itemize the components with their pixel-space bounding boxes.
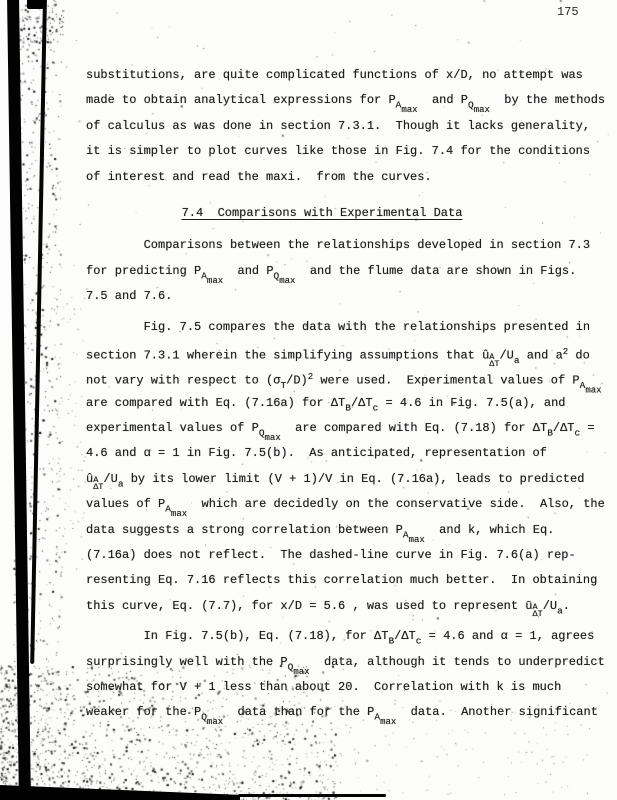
text-run: this curve, Eq. (7.7), for x/D = 5.6 , w… <box>86 599 532 613</box>
math-stacked-script: AΔT <box>93 477 103 491</box>
text-run: /ΔT <box>394 629 416 643</box>
text-run: and the flume data are shown in Figs. <box>295 264 576 278</box>
text-run: and k, which Eq. <box>425 523 555 537</box>
text-line: Comparisons between the relationships de… <box>86 233 610 258</box>
math-subscript: max <box>207 717 223 727</box>
math-stacked-script: AΔT <box>532 604 542 618</box>
text-run: /U <box>499 348 513 362</box>
text-line: for predicting PAmax and PQmax and the f… <box>86 259 610 284</box>
text-line: 7.4 Comparisons with Experimental Data <box>86 201 558 226</box>
page-number: 175 <box>557 5 579 19</box>
text-run: which are decidedly on the conservative … <box>187 497 605 511</box>
text-run: . <box>563 599 570 613</box>
text-run: somewhat for V + 1 less than about 20. C… <box>86 680 561 694</box>
text-line: In Fig. 7.5(b), Eq. (7.18), for ΔTB/ΔTc … <box>86 624 610 649</box>
text-line: ûAΔT/Ua by its lower limit (V + 1)/V in … <box>86 467 610 492</box>
text-line: (7.16a) does not reflect. The dashed-lin… <box>86 543 610 568</box>
text-line: 4.6 and α = 1 in Fig. 7.5(b). As anticip… <box>86 441 610 466</box>
text-run: experimental values of P <box>86 421 259 435</box>
text-line: weaker for the PQmax data than for the P… <box>86 700 610 725</box>
text-line: made to obtain analytical expressions fo… <box>86 88 610 113</box>
text-run: substitutions, are quite complicated fun… <box>86 68 583 82</box>
math-subscript: max <box>380 717 396 727</box>
paragraph: In Fig. 7.5(b), Eq. (7.18), for ΔTB/ΔTc … <box>86 624 610 731</box>
math-subscript: max <box>279 276 295 286</box>
text-run: data, although it tends to underpredict <box>310 655 605 669</box>
section-heading: 7.4 Comparisons with Experimental Data <box>86 195 610 233</box>
text-run: surprisingly well with the P <box>86 655 288 669</box>
text-line: experimental values of PQmax are compare… <box>86 416 610 441</box>
paragraph: Fig. 7.5 compares the data with the rela… <box>86 315 610 625</box>
text-run: by its lower limit (V + 1)/V in Eq. (7.1… <box>124 472 585 486</box>
text-run: do <box>568 348 590 362</box>
text-run: section 7.3.1 wherein the simplifying as… <box>86 348 489 362</box>
paragraph: Comparisons between the relationships de… <box>86 233 610 314</box>
text-run: /D) <box>286 374 308 388</box>
text-run: (7.16a) does not reflect. The dashed-lin… <box>86 548 576 562</box>
text-run: 4.6 and α = 1 in Fig. 7.5(b). As anticip… <box>86 446 547 460</box>
text-run: data suggests a strong correlation betwe… <box>86 523 403 537</box>
paragraph: substitutions, are quite complicated fun… <box>86 63 610 195</box>
text-run: data than for the P <box>223 705 374 719</box>
text-run: = 4.6 in Fig. 7.5(a), and <box>378 396 565 410</box>
text-run: = 4.6 and α = 1, agrees <box>421 629 594 643</box>
text-line: 7.5 and 7.6. <box>86 284 610 309</box>
text-line: data suggests a strong correlation betwe… <box>86 518 610 543</box>
text-run: and P <box>418 93 468 107</box>
text-line: somewhat for V + 1 less than about 20. C… <box>86 675 610 700</box>
text-run: are compared with Eq. (7.18) for ΔT <box>281 421 547 435</box>
math-subscript: ΔT <box>93 484 103 491</box>
text-run: not vary with respect to (σ <box>86 374 280 388</box>
text-line: resenting Eq. 7.16 reflects this correla… <box>86 568 610 593</box>
text-line: section 7.3.1 wherein the simplifying as… <box>86 340 610 365</box>
text-run: /ΔT <box>351 396 373 410</box>
text-run: 7.5 and 7.6. <box>86 289 172 303</box>
text-run: In Fig. 7.5(b), Eq. (7.18), for ΔT <box>86 629 388 643</box>
text-line: substitutions, are quite complicated fun… <box>86 63 610 88</box>
math-subscript: ΔT <box>532 611 542 618</box>
text-line: of calculus as was done in section 7.3.1… <box>86 114 610 139</box>
text-run: for predicting P <box>86 264 201 278</box>
text-run: /U <box>103 472 117 486</box>
text-run: and a <box>520 348 563 362</box>
text-line: this curve, Eq. (7.7), for x/D = 5.6 , w… <box>86 594 610 619</box>
text-run: /ΔT <box>553 421 575 435</box>
text-run: were used. Experimental values of P <box>313 374 579 388</box>
text-run: made to obtain analytical expressions fo… <box>86 93 396 107</box>
text-run: Fig. 7.5 compares the data with the rela… <box>86 320 590 334</box>
text-run: /U <box>543 599 557 613</box>
text-run: weaker for the P <box>86 705 201 719</box>
text-line: surprisingly well with the PQmax data, a… <box>86 650 610 675</box>
text-run: 7.4 Comparisons with Experimental Data <box>182 206 463 220</box>
text-run: of interest and read the maxi. from the … <box>86 170 432 184</box>
text-run: and P <box>223 264 273 278</box>
text-line: are compared with Eq. (7.16a) for ΔTB/ΔT… <box>86 391 610 416</box>
text-run: Comparisons between the relationships de… <box>86 238 590 252</box>
math-subscript: max <box>585 386 601 396</box>
text-run: resenting Eq. 7.16 reflects this correla… <box>86 573 597 587</box>
text-run: by the methods <box>490 93 605 107</box>
text-line: values of PAmax which are decidedly on t… <box>86 492 610 517</box>
text-line: not vary with respect to (σT/D)2 were us… <box>86 365 610 390</box>
text-line: Fig. 7.5 compares the data with the rela… <box>86 315 610 340</box>
text-line: it is simpler to plot curves like those … <box>86 139 610 164</box>
text-run: values of P <box>86 497 165 511</box>
text-content: substitutions, are quite complicated fun… <box>86 63 610 731</box>
text-run: it is simpler to plot curves like those … <box>86 144 590 158</box>
text-run: are compared with Eq. (7.16a) for ΔT <box>86 396 345 410</box>
text-run: = <box>580 421 594 435</box>
scan-artifact-bottom-tail <box>238 794 386 797</box>
text-run: of calculus as was done in section 7.3.1… <box>86 119 590 133</box>
text-line: of interest and read the maxi. from the … <box>86 165 610 190</box>
math-subscript: max <box>207 276 223 286</box>
scanned-page: 175 substitutions, are quite complicated… <box>0 0 617 800</box>
scan-artifact-corner-blob <box>27 0 46 9</box>
text-run: data. Another significant <box>396 705 598 719</box>
